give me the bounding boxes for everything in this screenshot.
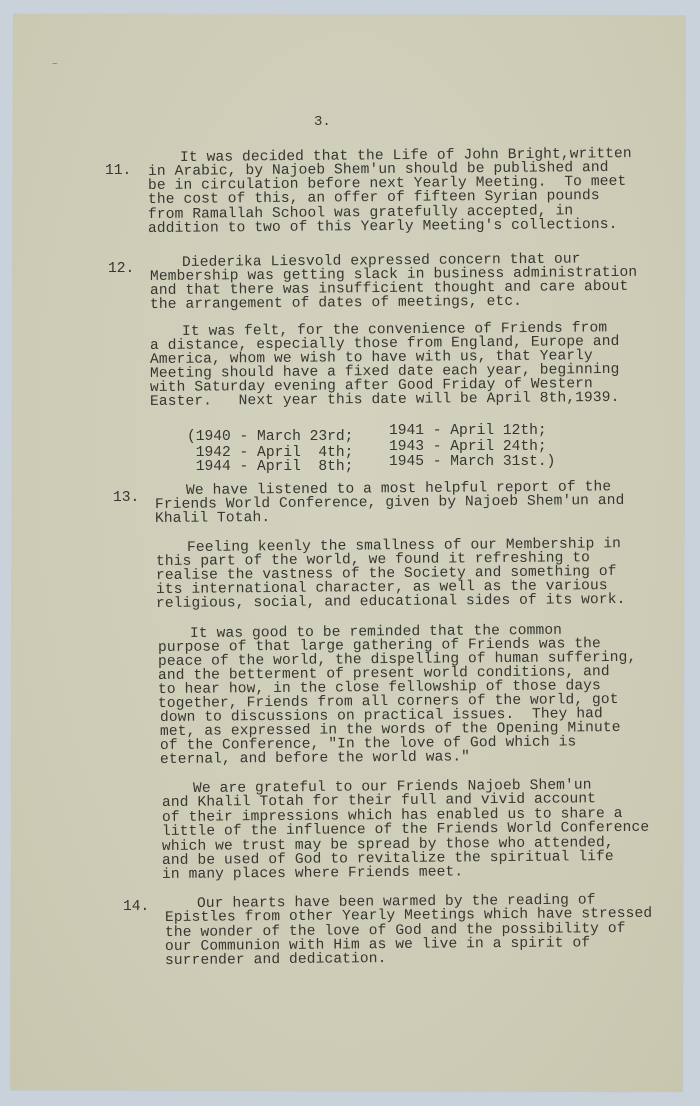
date-right: 1943 - April 24th; bbox=[389, 440, 547, 454]
text-line: religious, social, and educational sides… bbox=[156, 593, 626, 611]
text-line: addition to two of this Yearly Meeting's… bbox=[148, 218, 618, 236]
date-left: 1944 - April 8th; bbox=[187, 460, 353, 474]
text-line: Khalil Totah. bbox=[155, 511, 270, 526]
date-left: 1942 - April 4th; bbox=[187, 446, 353, 460]
text-line: surrender and dedication. bbox=[165, 952, 387, 968]
date-right: 1945 - March 31st.) bbox=[389, 455, 555, 469]
page-number: 3. bbox=[314, 114, 331, 130]
text-line: the arrangement of dates of meetings, et… bbox=[150, 295, 522, 312]
corner-mark: ~ bbox=[52, 60, 58, 71]
text-line: eternal, and before the world was." bbox=[160, 750, 470, 767]
minute-number: 12. bbox=[108, 262, 134, 276]
date-right: 1941 - April 12th; bbox=[389, 424, 547, 438]
text-line: Friends World Conference, given by Najoe… bbox=[155, 494, 625, 512]
date-left: (1940 - March 23rd; bbox=[187, 430, 353, 444]
text-line: in many places where Friends meet. bbox=[162, 865, 463, 882]
minute-number: 14. bbox=[123, 900, 149, 914]
text-line: Easter. Next year this date will be Apri… bbox=[150, 391, 620, 409]
minute-number: 13. bbox=[113, 491, 139, 505]
minute-number: 11. bbox=[105, 164, 131, 178]
